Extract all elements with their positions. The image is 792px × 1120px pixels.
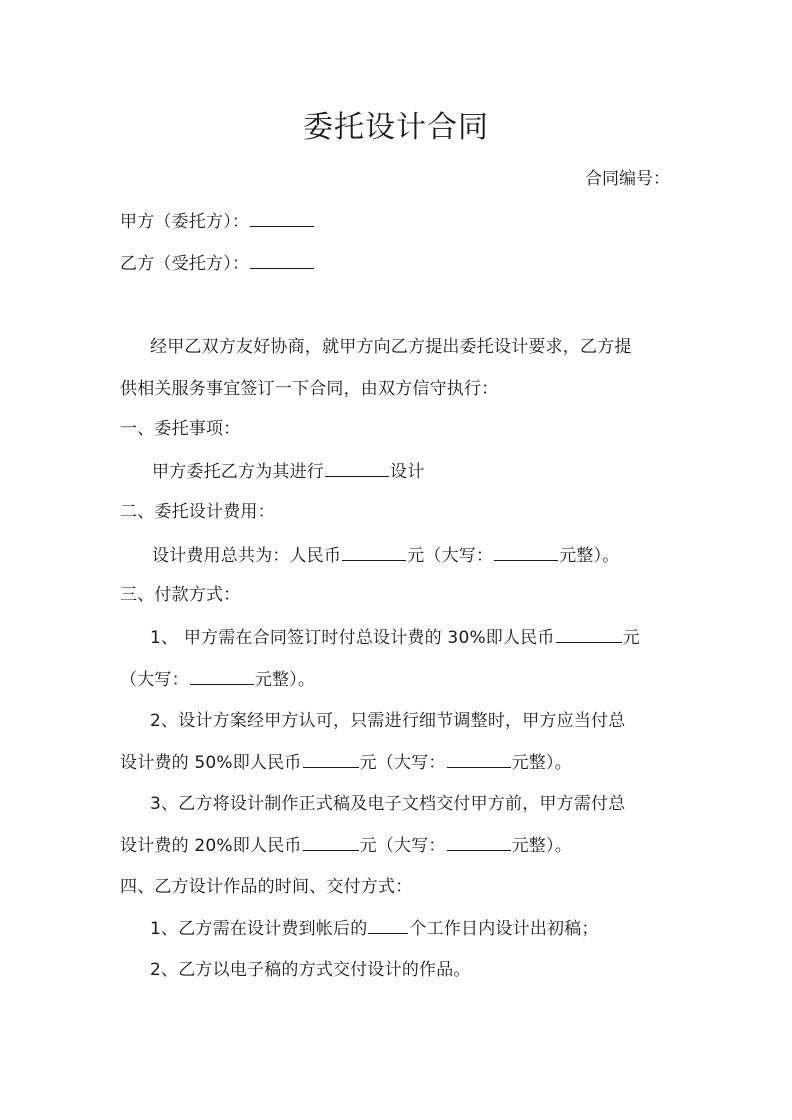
payment-1-suffix: 元整）。 <box>255 670 315 690</box>
document-page: 委托设计合同 合同编号： 甲方（委托方）： 乙方（受托方）： 经甲乙双方友好协商… <box>0 0 792 1120</box>
party-b-label: 乙方（受托方）： <box>120 254 249 274</box>
payment-2-line-2: 设计费的 50%即人民币元（大写：元整）。 <box>120 751 572 774</box>
working-days-blank[interactable] <box>368 917 408 934</box>
payment-2-text: 设计费的 50%即人民币 <box>120 753 302 773</box>
delivery-item-1: 1、乙方需在设计费到帐后的个工作日内设计出初稿； <box>150 917 599 940</box>
delivery-item-1-suffix: 个工作日内设计出初稿； <box>409 919 598 939</box>
section-2-item-1: 设计费用总共为：人民币元（大写：元整）。 <box>152 544 620 567</box>
section-3-heading: 三、付款方式： <box>120 584 240 606</box>
payment-1-line-1: 1、 甲方需在合同签订时付总设计费的 30%即人民币元 <box>150 626 640 649</box>
document-title: 委托设计合同 <box>0 108 792 148</box>
section-2-heading: 二、委托设计费用： <box>120 501 275 523</box>
payment-3-text: 设计费的 20%即人民币 <box>120 836 302 856</box>
party-b-line: 乙方（受托方）： <box>120 252 315 275</box>
payment-3-words-blank[interactable] <box>447 834 511 851</box>
section-1-item-1: 甲方委托乙方为其进行设计 <box>152 460 424 483</box>
total-fee-text: 设计费用总共为：人民币 <box>152 546 341 566</box>
delivery-item-2: 2、乙方以电子稿的方式交付设计的作品。 <box>150 959 471 981</box>
preamble-line-1: 经甲乙双方友好协商，就甲方向乙方提出委托设计要求，乙方提 <box>150 336 632 358</box>
party-b-blank[interactable] <box>250 252 314 269</box>
payment-3-mid: 元（大写： <box>360 836 446 856</box>
design-subject-blank[interactable] <box>325 460 389 477</box>
payment-2-suffix: 元整）。 <box>512 753 572 773</box>
section-4-heading: 四、乙方设计作品的时间、交付方式： <box>120 876 412 898</box>
payment-3-line-1: 3、乙方将设计制作正式稿及电子文档交付甲方前，甲方需付总 <box>150 793 625 815</box>
preamble-line-2: 供相关服务事宜签订一下合同，由双方信守执行： <box>120 378 498 400</box>
payment-2-amount-blank[interactable] <box>303 751 359 768</box>
payment-1-unit: 元 <box>623 628 640 648</box>
section-1-heading: 一、委托事项： <box>120 418 240 440</box>
total-fee-suffix: 元整）。 <box>559 546 619 566</box>
total-fee-words-blank[interactable] <box>494 544 558 561</box>
payment-1-text: 1、 甲方需在合同签订时付总设计费的 30%即人民币 <box>150 628 555 648</box>
payment-1-words-label: （大写： <box>120 670 189 690</box>
payment-1-line-2: （大写：元整）。 <box>120 668 315 691</box>
party-a-label: 甲方（委托方）： <box>120 212 249 232</box>
payment-1-amount-blank[interactable] <box>556 626 622 643</box>
total-fee-mid: 元（大写： <box>407 546 493 566</box>
party-a-blank[interactable] <box>250 210 314 227</box>
payment-1-words-blank[interactable] <box>190 668 254 685</box>
total-fee-amount-blank[interactable] <box>342 544 406 561</box>
payment-3-amount-blank[interactable] <box>303 834 359 851</box>
section-1-item-1-suffix: 设计 <box>390 462 424 482</box>
contract-number-label: 合同编号： <box>585 168 670 190</box>
delivery-item-1-text: 1、乙方需在设计费到帐后的 <box>150 919 367 939</box>
party-a-line: 甲方（委托方）： <box>120 210 315 233</box>
payment-2-words-blank[interactable] <box>447 751 511 768</box>
section-1-item-1-text: 甲方委托乙方为其进行 <box>152 462 324 482</box>
payment-2-line-1: 2、设计方案经甲方认可，只需进行细节调整时，甲方应当付总 <box>150 710 625 732</box>
payment-3-suffix: 元整）。 <box>512 836 572 856</box>
payment-3-line-2: 设计费的 20%即人民币元（大写：元整）。 <box>120 834 572 857</box>
payment-2-mid: 元（大写： <box>360 753 446 773</box>
